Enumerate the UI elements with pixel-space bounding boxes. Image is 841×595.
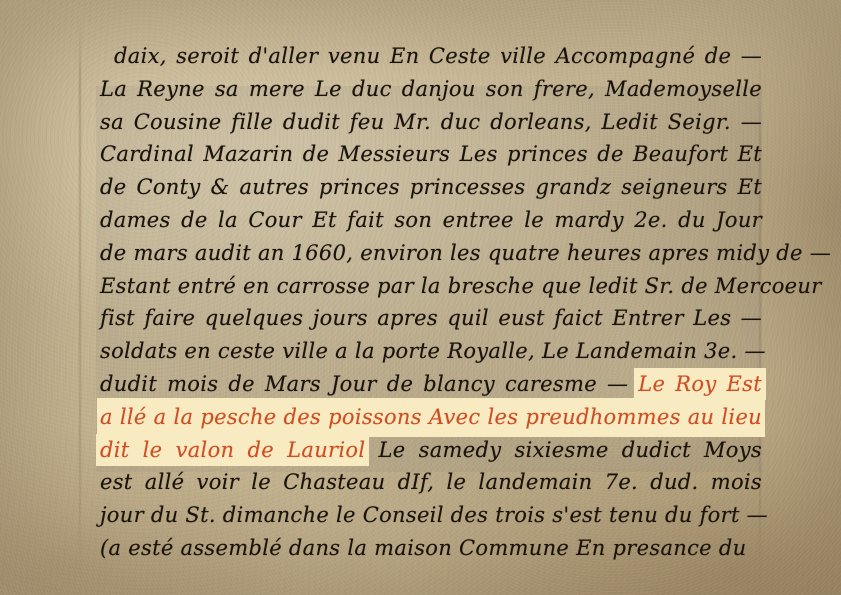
manuscript-line-6: dames de la Cour Et fait son entree le m… xyxy=(100,204,762,237)
manuscript-line-15: jour du St. dimanche le Conseil des troi… xyxy=(100,499,762,532)
line-1-text: daix, seroit d'aller venu En Ceste ville… xyxy=(114,44,762,68)
manuscript-line-5: de Conty & autres princes princesses gra… xyxy=(100,171,762,204)
manuscript-line-2: La Reyne sa mere Le duc danjou son frere… xyxy=(100,73,762,106)
manuscript-line-13: dit le valon de Lauriol Le samedy sixies… xyxy=(100,434,762,467)
line-7-text: de mars audit an 1660, environ les quatr… xyxy=(100,241,831,265)
manuscript-line-9: fist faire quelques jours apres quil eus… xyxy=(100,302,762,335)
manuscript-line-16: (a esté assemblé dans la maison Commune … xyxy=(100,532,740,565)
manuscript-line-1: daix, seroit d'aller venu En Ceste ville… xyxy=(100,40,762,73)
line-10-text: soldats en ceste ville a la porte Royall… xyxy=(100,339,766,363)
manuscript-line-8: Estant entré en carrosse par la bresche … xyxy=(100,270,762,303)
line-2-text: La Reyne sa mere Le duc danjou son frere… xyxy=(100,77,762,101)
line-11-text-red-highlighted: Le Roy Est xyxy=(638,372,762,396)
manuscript-line-4: Cardinal Mazarin de Messieurs Les prince… xyxy=(100,138,762,171)
line-4-text: Cardinal Mazarin de Messieurs Les prince… xyxy=(100,142,762,166)
manuscript-line-14: est allé voir le Chasteau dIf, le landem… xyxy=(100,466,762,499)
line-13-text-black: Le samedy sixiesme dudict Moys xyxy=(379,438,762,462)
line-5-text: de Conty & autres princes princesses gra… xyxy=(100,175,762,199)
line-16-text: (a esté assemblé dans la maison Commune … xyxy=(100,536,746,560)
line-13-text-red-highlighted: dit le valon de Lauriol xyxy=(100,438,365,462)
manuscript-line-11: dudit mois de Mars Jour de blancy caresm… xyxy=(100,368,762,401)
line-11-text-black: dudit mois de Mars Jour de blancy caresm… xyxy=(100,372,628,396)
left-fold-line xyxy=(79,18,81,578)
line-15-text: jour du St. dimanche le Conseil des troi… xyxy=(100,503,768,527)
line-12-text-red: a llé a la pesche des poissons Avec les … xyxy=(100,405,762,429)
line-8-text: Estant entré en carrosse par la bresche … xyxy=(100,274,822,298)
line-3-text: sa Cousine fille dudit feu Mr. duc dorle… xyxy=(100,110,762,134)
manuscript-text-block: daix, seroit d'aller venu En Ceste ville… xyxy=(100,40,762,565)
line-6-text: dames de la Cour Et fait son entree le m… xyxy=(100,208,762,232)
line-14-text: est allé voir le Chasteau dIf, le landem… xyxy=(100,470,762,494)
manuscript-line-10: soldats en ceste ville a la porte Royall… xyxy=(100,335,762,368)
manuscript-line-7: de mars audit an 1660, environ les quatr… xyxy=(100,237,762,270)
manuscript-line-3: sa Cousine fille dudit feu Mr. duc dorle… xyxy=(100,106,762,139)
manuscript-line-12-highlighted: a llé a la pesche des poissons Avec les … xyxy=(100,401,762,434)
manuscript-page: daix, seroit d'aller venu En Ceste ville… xyxy=(0,0,841,595)
line-9-text: fist faire quelques jours apres quil eus… xyxy=(100,306,762,330)
